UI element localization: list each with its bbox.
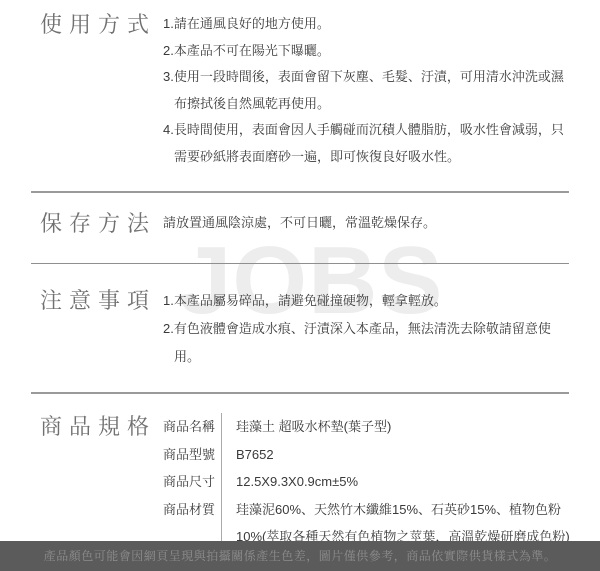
usage-item-1: 1.請在通風良好的地方使用。 <box>163 11 570 38</box>
spec-value-size: 12.5X9.3X0.9cm±5% <box>221 468 570 496</box>
section-spec: 商品規格 商品名稱 珪藻土 超吸水杯墊(葉子型) 商品型號 B7652 商品尺寸… <box>0 394 600 551</box>
usage-item-3: 3.使用一段時間後，表面會留下灰塵、毛髮、汙漬，可用清水沖洗或濕布擦拭後自然風乾… <box>163 64 570 117</box>
spec-value-model: B7652 <box>221 441 570 469</box>
usage-title-column: 使用方式 <box>0 11 163 170</box>
usage-section-title: 使用方式 <box>40 11 163 39</box>
spec-row-model: 商品型號 B7652 <box>163 441 570 469</box>
usage-item-2: 2.本產品不可在陽光下曝曬。 <box>163 38 570 65</box>
spec-table: 商品名稱 珪藻土 超吸水杯墊(葉子型) 商品型號 B7652 商品尺寸 12.5… <box>163 413 570 551</box>
footer-disclaimer-text: 產品顏色可能會因網頁呈現與拍攝關係產生色差，圖片僅供參考，商品依實際供貨樣式為準… <box>0 541 600 571</box>
footer-disclaimer-bar: 產品顏色可能會因網頁呈現與拍攝關係產生色差，圖片僅供參考，商品依實際供貨樣式為準… <box>0 541 600 571</box>
notice-item-1: 1.本產品屬易碎品，請避免碰撞硬物，輕拿輕放。 <box>163 287 570 315</box>
usage-section-body: 1.請在通風良好的地方使用。 2.本產品不可在陽光下曝曬。 3.使用一段時間後，… <box>163 11 570 170</box>
spec-label-size: 商品尺寸 <box>163 468 221 496</box>
spec-row-size: 商品尺寸 12.5X9.3X0.9cm±5% <box>163 468 570 496</box>
spec-label-model: 商品型號 <box>163 441 221 469</box>
spec-label-name: 商品名稱 <box>163 413 221 441</box>
notice-title-column: 注意事項 <box>0 287 163 371</box>
spec-section-body: 商品名稱 珪藻土 超吸水杯墊(葉子型) 商品型號 B7652 商品尺寸 12.5… <box>163 413 570 551</box>
spec-section-title: 商品規格 <box>40 413 163 441</box>
storage-section-body: 請放置通風陰涼處，不可日曬，常溫乾燥保存。 <box>163 210 570 238</box>
spec-row-name: 商品名稱 珪藻土 超吸水杯墊(葉子型) <box>163 413 570 441</box>
notice-section-body: 1.本產品屬易碎品，請避免碰撞硬物，輕拿輕放。 2.有色液體會造成水痕、汙漬深入… <box>163 287 570 371</box>
product-info-page: JOBS 使用方式 1.請在通風良好的地方使用。 2.本產品不可在陽光下曝曬。 … <box>0 0 600 571</box>
storage-section-title: 保存方法 <box>40 210 163 238</box>
section-notice: 注意事項 1.本產品屬易碎品，請避免碰撞硬物，輕拿輕放。 2.有色液體會造成水痕… <box>0 264 600 371</box>
storage-title-column: 保存方法 <box>0 210 163 238</box>
usage-item-4: 4.長時間使用，表面會因人手觸碰而沉積人體脂肪，吸水性會減弱，只需要砂紙將表面磨… <box>163 117 570 170</box>
notice-item-2: 2.有色液體會造成水痕、汙漬深入本產品，無法清洗去除敬請留意使用。 <box>163 315 570 371</box>
notice-section-title: 注意事項 <box>40 287 163 315</box>
page-content: 使用方式 1.請在通風良好的地方使用。 2.本產品不可在陽光下曝曬。 3.使用一… <box>0 0 600 551</box>
spec-title-column: 商品規格 <box>0 413 163 551</box>
section-usage: 使用方式 1.請在通風良好的地方使用。 2.本產品不可在陽光下曝曬。 3.使用一… <box>0 0 600 170</box>
spec-value-name: 珪藻土 超吸水杯墊(葉子型) <box>221 413 570 441</box>
section-storage: 保存方法 請放置通風陰涼處，不可日曬，常溫乾燥保存。 <box>0 193 600 238</box>
